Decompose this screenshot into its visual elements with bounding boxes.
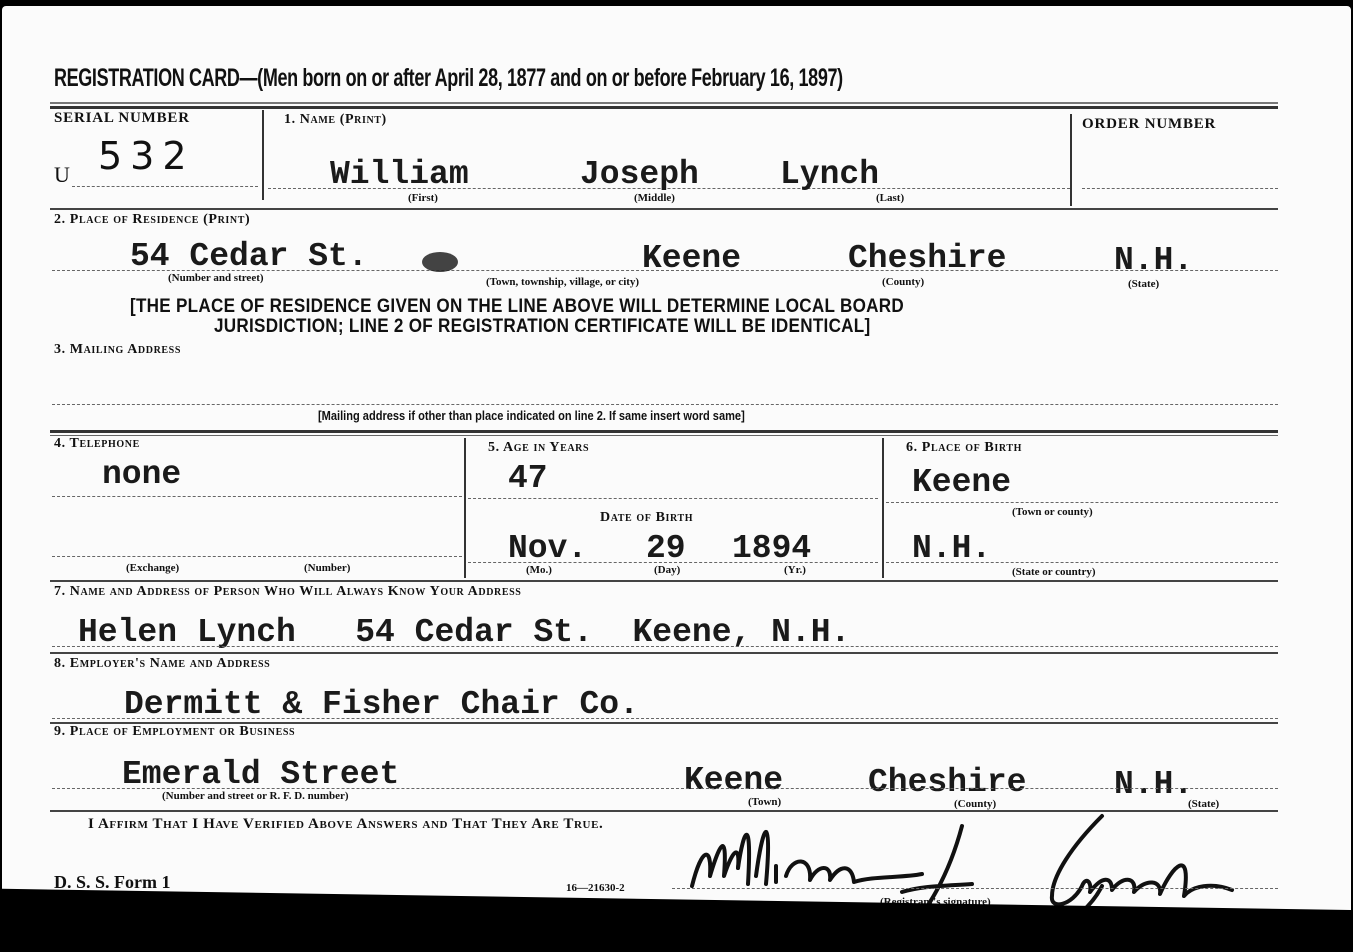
telephone-label: 4. Telephone bbox=[54, 436, 140, 452]
place-of-birth-label: 6. Place of Birth bbox=[906, 440, 1022, 456]
name-middle: Joseph bbox=[580, 156, 699, 193]
residence-state-caption: (State) bbox=[1128, 278, 1159, 290]
telephone-value: none bbox=[102, 456, 181, 493]
date-of-birth-label: Date of Birth bbox=[600, 510, 693, 526]
order-number-line bbox=[1082, 188, 1278, 189]
telephone-number-caption: (Number) bbox=[304, 562, 350, 574]
dob-year-caption: (Yr.) bbox=[784, 564, 806, 576]
title-rule bbox=[50, 102, 1278, 104]
dob-day-caption: (Day) bbox=[654, 564, 680, 576]
registrant-signature-icon bbox=[672, 806, 1302, 926]
birth-town: Keene bbox=[912, 464, 1011, 501]
contact-label: 7. Name and Address of Person Who Will A… bbox=[54, 584, 521, 600]
order-number-label: ORDER NUMBER bbox=[1082, 116, 1216, 133]
serial-number-value: 532 bbox=[98, 134, 195, 178]
signature-line bbox=[672, 888, 1278, 889]
section7-rule bbox=[50, 652, 1278, 654]
employment-line bbox=[52, 788, 1278, 789]
residence-state: N.H. bbox=[1114, 242, 1193, 279]
employment-label: 9. Place of Employment or Business bbox=[54, 724, 295, 740]
age-divider bbox=[882, 438, 884, 578]
title-rule-thick bbox=[50, 106, 1278, 109]
employer-label: 8. Employer's Name and Address bbox=[54, 656, 270, 672]
serial-line bbox=[72, 186, 258, 187]
name-first-caption: (First) bbox=[408, 192, 438, 204]
dob-line bbox=[468, 562, 878, 563]
age-line bbox=[468, 498, 878, 499]
card-title: REGISTRATION CARD—(Men born on or after … bbox=[54, 64, 843, 93]
residence-notice-line2: JURISDICTION; LINE 2 OF REGISTRATION CER… bbox=[214, 316, 870, 338]
order-divider bbox=[1070, 114, 1072, 206]
employer-line bbox=[52, 718, 1278, 719]
contact-line bbox=[52, 646, 1278, 647]
print-code: 16—21630-2 bbox=[566, 882, 625, 894]
employment-county: Cheshire bbox=[868, 764, 1026, 801]
name-first: William bbox=[330, 156, 469, 193]
telephone-line-2 bbox=[52, 556, 462, 557]
birth-town-line bbox=[886, 502, 1278, 503]
serial-divider bbox=[262, 110, 264, 200]
serial-number-label: SERIAL NUMBER bbox=[54, 110, 190, 127]
affirmation-text: I Affirm That I Have Verified Above Answ… bbox=[88, 816, 603, 833]
name-label: 1. Name (Print) bbox=[284, 112, 387, 128]
telephone-line-1 bbox=[52, 496, 462, 497]
ink-smudge bbox=[422, 252, 458, 272]
name-last-caption: (Last) bbox=[876, 192, 904, 204]
birth-state-line bbox=[886, 562, 1278, 563]
mailing-address-line bbox=[52, 404, 1278, 405]
residence-county-caption: (County) bbox=[882, 276, 924, 288]
section6-rule bbox=[50, 580, 1278, 582]
residence-town: Keene bbox=[642, 240, 741, 277]
telephone-exchange-caption: (Exchange) bbox=[126, 562, 179, 574]
birth-town-caption: (Town or county) bbox=[1012, 506, 1093, 518]
age-value: 47 bbox=[508, 460, 548, 497]
form-over: (over) bbox=[342, 892, 384, 912]
telephone-divider bbox=[464, 438, 466, 578]
dob-month-caption: (Mo.) bbox=[526, 564, 552, 576]
residence-town-caption: (Town, township, village, or city) bbox=[486, 276, 639, 288]
employment-street-caption: (Number and street or R. F. D. number) bbox=[162, 790, 349, 802]
registration-card: REGISTRATION CARD—(Men born on or after … bbox=[2, 6, 1351, 920]
name-last: Lynch bbox=[780, 156, 879, 193]
residence-street: 54 Cedar St. bbox=[130, 238, 368, 275]
serial-prefix: U bbox=[54, 162, 70, 188]
residence-street-caption: (Number and street) bbox=[168, 272, 264, 284]
mailing-address-note: [Mailing address if other than place ind… bbox=[318, 408, 745, 423]
mailing-address-label: 3. Mailing Address bbox=[54, 342, 181, 358]
residence-notice-line1: [THE PLACE OF RESIDENCE GIVEN ON THE LIN… bbox=[130, 296, 904, 318]
age-label: 5. Age in Years bbox=[488, 440, 589, 456]
form-revised: (Revised 4-1-42) bbox=[74, 890, 190, 910]
name-middle-caption: (Middle) bbox=[634, 192, 675, 204]
employment-state: N.H. bbox=[1114, 766, 1193, 803]
signature-caption: (Registrant's signature) bbox=[880, 896, 991, 908]
employment-town: Keene bbox=[684, 762, 783, 799]
section3-rule-thin bbox=[50, 435, 1278, 436]
section1-rule bbox=[50, 208, 1278, 210]
residence-label: 2. Place of Residence (Print) bbox=[54, 212, 250, 228]
section3-rule bbox=[50, 430, 1278, 433]
birth-state-caption: (State or country) bbox=[1012, 566, 1096, 578]
residence-county: Cheshire bbox=[848, 240, 1006, 277]
